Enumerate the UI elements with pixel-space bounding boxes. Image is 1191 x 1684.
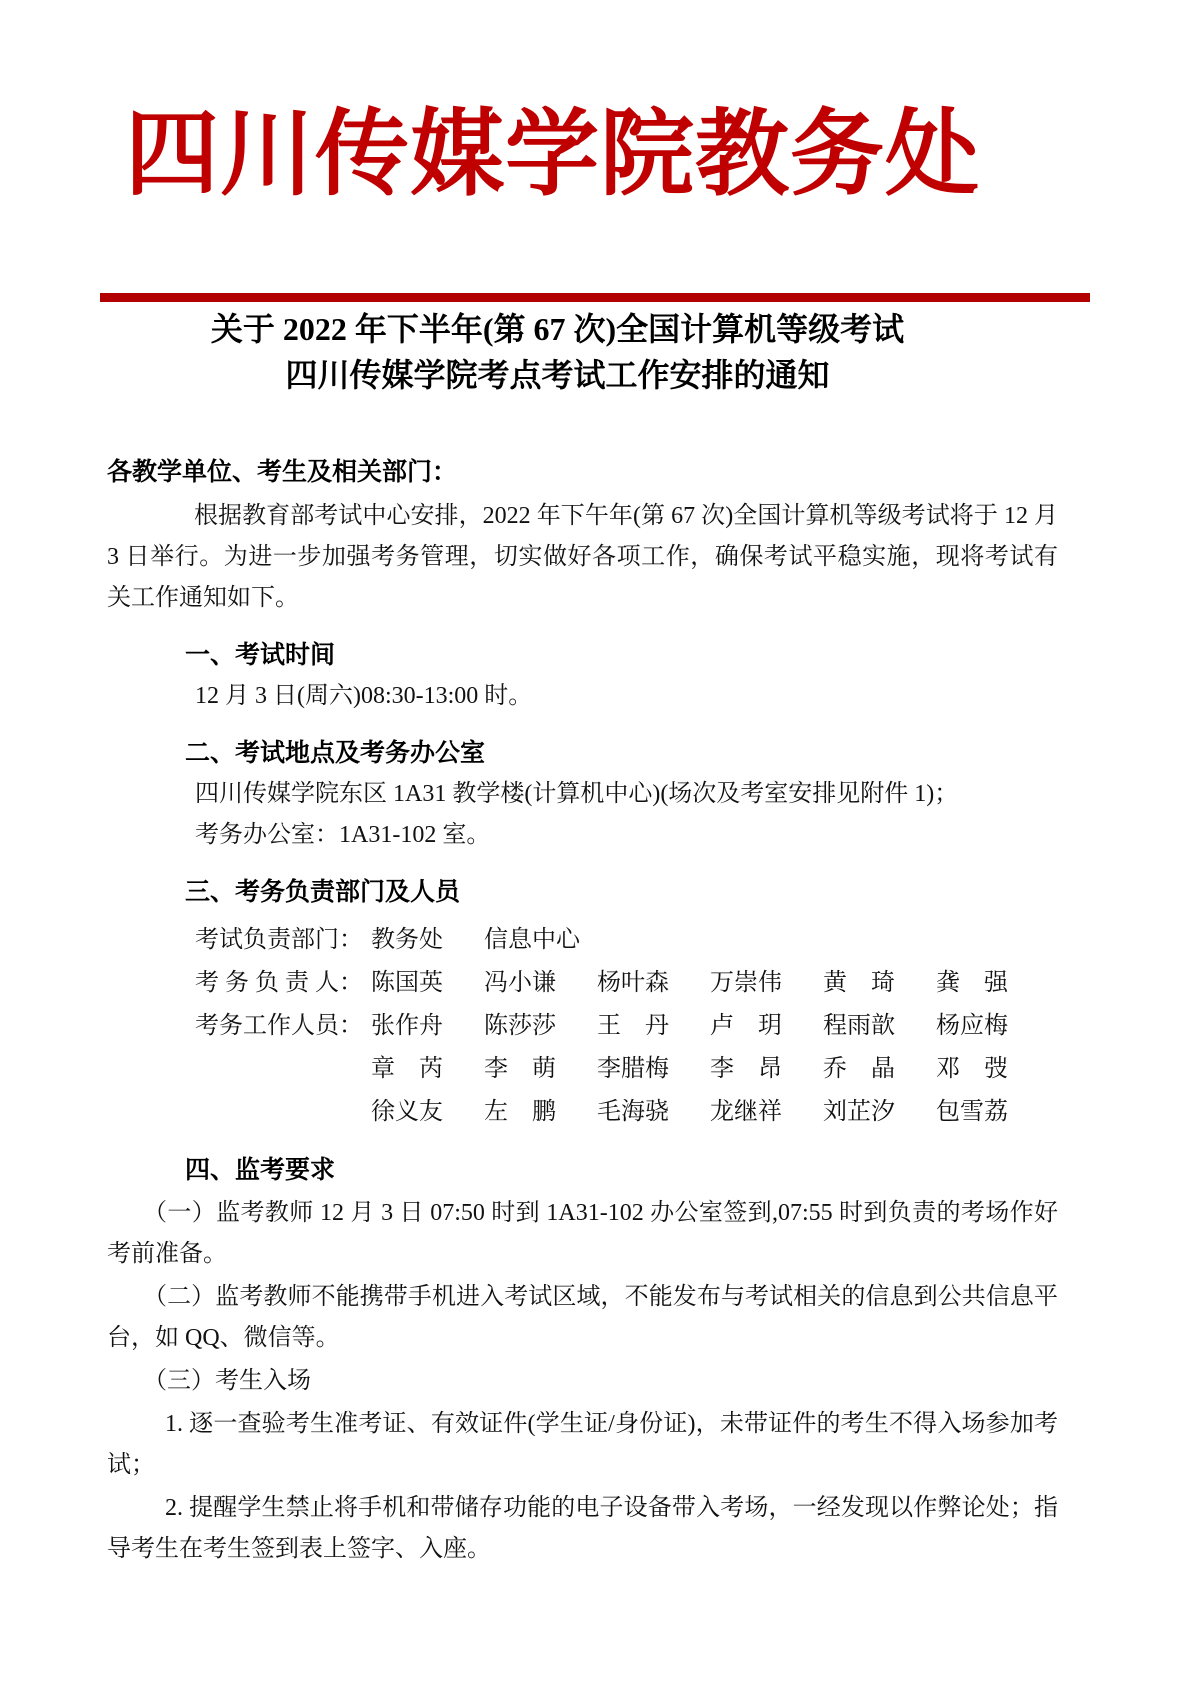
staff-row-workers-2: 章 芮 李 萌 李腊梅 李 昂 乔 晶 邓 弢 <box>195 1048 1058 1091</box>
staff-name: 卢 玥 <box>710 1005 788 1048</box>
staff-name: 教务处 <box>371 919 449 962</box>
staff-name: 张作舟 <box>371 1005 449 1048</box>
staff-name: 冯小谦 <box>484 962 562 1005</box>
notice-document-page: 四川传媒学院教务处 关于 2022 年下半年(第 67 次)全国计算机等级考试 … <box>0 0 1191 1684</box>
staff-name: 毛海骁 <box>597 1091 675 1134</box>
section-2-office-line: 考务办公室：1A31-102 室。 <box>195 815 1058 856</box>
letterhead-divider-rule <box>100 293 1090 302</box>
staff-name: 左 鹏 <box>484 1091 562 1134</box>
staff-name: 黄 琦 <box>823 962 901 1005</box>
staff-name: 邓 弢 <box>936 1048 1014 1091</box>
section-3-heading: 三、考务负责部门及人员 <box>185 872 1058 913</box>
staff-name: 程雨歆 <box>823 1005 901 1048</box>
staff-name: 刘芷汐 <box>823 1091 901 1134</box>
section-2-heading: 二、考试地点及考务办公室 <box>185 733 1058 774</box>
doc-title-line-1: 关于 2022 年下半年(第 67 次)全国计算机等级考试 <box>107 306 1008 352</box>
section-4-item-3-sub-1: 1. 逐一查验考生准考证、有效证件(学生证/身份证)，未带证件的考生不得入场参加… <box>107 1404 1058 1486</box>
staff-name: 王 丹 <box>597 1005 675 1048</box>
salutation-line: 各教学单位、考生及相关部门： <box>107 452 1058 492</box>
staff-name: 陈莎莎 <box>484 1005 562 1048</box>
staff-name: 徐义友 <box>371 1091 449 1134</box>
staff-name: 陈国英 <box>371 962 449 1005</box>
staff-row-label: 考务工作人员： <box>195 1005 365 1048</box>
section-4-item-3-sub-2: 2. 提醒学生禁止将手机和带储存功能的电子设备带入考场，一经发现以作弊论处；指导… <box>107 1488 1058 1570</box>
section-4-item-3: （三）考生入场 <box>107 1361 1058 1402</box>
doc-title: 关于 2022 年下半年(第 67 次)全国计算机等级考试 四川传媒学院考点考试… <box>107 306 1058 398</box>
letterhead-title: 四川传媒学院教务处 <box>107 88 1058 223</box>
staff-name: 龚 强 <box>936 962 1014 1005</box>
staff-row-label: 考试负责部门： <box>195 919 365 962</box>
doc-title-line-2: 四川传媒学院考点考试工作安排的通知 <box>107 352 1008 398</box>
staff-list: 考试负责部门： 教务处 信息中心 考 务 负 责 人： 陈国英 冯小谦 杨叶森 … <box>195 919 1058 1134</box>
staff-name: 李腊梅 <box>597 1048 675 1091</box>
staff-name: 杨叶森 <box>597 962 675 1005</box>
section-1-body: 12 月 3 日(周六)08:30-13:00 时。 <box>195 676 1058 717</box>
section-4-item-2: （二）监考教师不能携带手机进入考试区域，不能发布与考试相关的信息到公共信息平台，… <box>107 1277 1058 1359</box>
staff-row-workers-3: 徐义友 左 鹏 毛海骁 龙继祥 刘芷汐 包雪荔 <box>195 1091 1058 1134</box>
staff-name: 章 芮 <box>371 1048 449 1091</box>
staff-row-departments: 考试负责部门： 教务处 信息中心 <box>195 919 1058 962</box>
section-2-location-line: 四川传媒学院东区 1A31 教学楼(计算机中心)(场次及考室安排见附件 1)； <box>195 774 1058 815</box>
intro-paragraph: 根据教育部考试中心安排，2022 年下午年(第 67 次)全国计算机等级考试将于… <box>107 496 1058 619</box>
section-1-heading: 一、考试时间 <box>185 635 1058 676</box>
staff-name: 乔 晶 <box>823 1048 901 1091</box>
section-4-item-1: （一）监考教师 12 月 3 日 07:50 时到 1A31-102 办公室签到… <box>107 1193 1058 1275</box>
staff-row-label: 考 务 负 责 人： <box>195 962 365 1005</box>
section-4-heading: 四、监考要求 <box>185 1150 1058 1191</box>
staff-name: 信息中心 <box>484 919 562 962</box>
staff-name: 龙继祥 <box>710 1091 788 1134</box>
staff-row-leaders: 考 务 负 责 人： 陈国英 冯小谦 杨叶森 万崇伟 黄 琦 龚 强 <box>195 962 1058 1005</box>
staff-name: 万崇伟 <box>710 962 788 1005</box>
staff-name: 李 萌 <box>484 1048 562 1091</box>
staff-name: 包雪荔 <box>936 1091 1014 1134</box>
staff-row-workers-1: 考务工作人员： 张作舟 陈莎莎 王 丹 卢 玥 程雨歆 杨应梅 <box>195 1005 1058 1048</box>
staff-name: 李 昂 <box>710 1048 788 1091</box>
staff-name: 杨应梅 <box>936 1005 1014 1048</box>
